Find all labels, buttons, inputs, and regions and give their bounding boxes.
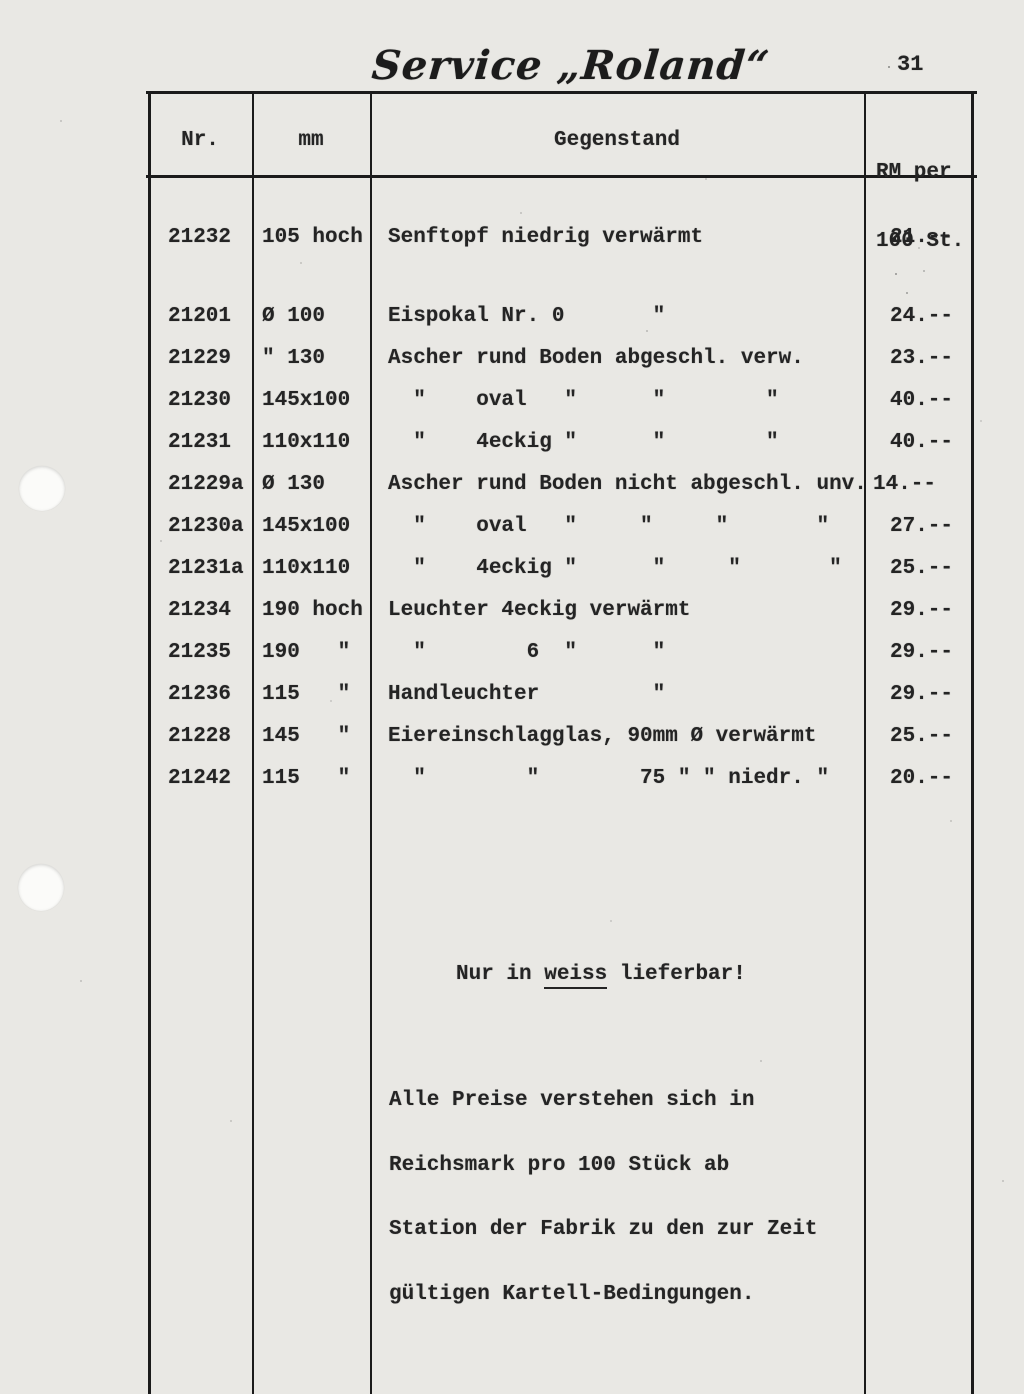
punch-hole [18, 864, 64, 911]
cell-mm: Ø 100 [252, 305, 370, 328]
cell-price: 25.-- [864, 725, 974, 748]
pricing-note-line: Reichsmark pro 100 Stück ab [389, 1155, 817, 1177]
cell-nr: 21228 [148, 725, 252, 748]
table-row: 21235 190 " " 6 " " 29.-- [148, 631, 974, 673]
pricing-note: Alle Preise verstehen sich in Reichsmark… [389, 1047, 817, 1348]
cell-nr: 21231 [148, 431, 252, 454]
cell-mm: 145 " [252, 725, 370, 748]
pricing-note-line: Alle Preise verstehen sich in [389, 1090, 817, 1112]
cell-gegenstand: " 4eckig " " " [370, 431, 864, 454]
cell-price: 25.-- [864, 557, 974, 580]
cell-price: 24.-- [864, 305, 974, 328]
cell-gegenstand: " 6 " " [370, 641, 864, 664]
cell-gegenstand: Eiereinschlagglas, 90mm Ø verwärmt [370, 725, 864, 748]
cell-mm: 190 hoch [252, 599, 370, 622]
delivery-note-emphasis: weiss [544, 963, 607, 989]
header-separator [146, 175, 977, 178]
cell-nr: 21234 [148, 599, 252, 622]
pricing-note-line: gültigen Kartell-Bedingungen. [389, 1284, 817, 1306]
cell-gegenstand: " oval " " " [370, 389, 864, 412]
table-row: 21230a 145x100 " oval " " " " 27.-- [148, 505, 974, 547]
cell-nr: 21230a [148, 515, 252, 538]
table-row: 21232 105 hoch Senftopf niedrig verwärmt… [148, 216, 974, 258]
cell-price: 14.-- [864, 473, 974, 496]
table-row: 21201 Ø 100 Eispokal Nr. 0 " 24.-- [148, 295, 974, 337]
delivery-note-post: lieferbar! [607, 963, 746, 986]
cell-nr: 21231a [148, 557, 252, 580]
paper-speckles [0, 0, 2, 2]
table-body: 21232 105 hoch Senftopf niedrig verwärmt… [148, 216, 974, 799]
cell-price: 29.-- [864, 599, 974, 622]
cell-gegenstand: Ascher rund Boden nicht abgeschl. unv. [370, 473, 864, 496]
cell-mm: 110x110 [252, 431, 370, 454]
cell-gegenstand: Eispokal Nr. 0 " [370, 305, 864, 328]
cell-mm: 145x100 [252, 389, 370, 412]
cell-nr: 21229a [148, 473, 252, 496]
cell-price: 20.-- [864, 767, 974, 790]
cell-price: 29.-- [864, 641, 974, 664]
cell-nr: 21242 [148, 767, 252, 790]
cell-gegenstand: " 4eckig " " " " [370, 557, 864, 580]
cell-gegenstand: " oval " " " " [370, 515, 864, 538]
cell-price: 40.-- [864, 389, 974, 412]
cell-mm: 115 " [252, 683, 370, 706]
delivery-note: Nur in weiss lieferbar! [456, 963, 746, 986]
header-gegenstand: Gegenstand [370, 129, 864, 152]
table-row: 21231 110x110 " 4eckig " " " 40.-- [148, 421, 974, 463]
table-row: 21229a Ø 130 Ascher rund Boden nicht abg… [148, 463, 974, 505]
cell-price: 23.-- [864, 347, 974, 370]
cell-price: 29.-- [864, 683, 974, 706]
cell-mm: 110x110 [252, 557, 370, 580]
cell-gegenstand: Leuchter 4eckig verwärmt [370, 599, 864, 622]
cell-mm: " 130 [252, 347, 370, 370]
table-row: 21229 " 130 Ascher rund Boden abgeschl. … [148, 337, 974, 379]
cell-price: 21.-- [864, 226, 974, 249]
table-header-row: Nr. mm Gegenstand RM per 100 St. [148, 91, 974, 175]
page-number: 31 [897, 52, 923, 77]
cell-mm: 190 " [252, 641, 370, 664]
header-price-line1: RM per [876, 161, 983, 184]
table-row: 21231a 110x110 " 4eckig " " " " 25.-- [148, 547, 974, 589]
table-row: 21236 115 " Handleuchter " 29.-- [148, 673, 974, 715]
cell-gegenstand: Handleuchter " [370, 683, 864, 706]
header-mm: mm [252, 129, 370, 152]
cell-nr: 21230 [148, 389, 252, 412]
punch-hole [19, 466, 65, 511]
cell-gegenstand: Ascher rund Boden abgeschl. verw. [370, 347, 864, 370]
pricing-note-line: Station der Fabrik zu den zur Zeit [389, 1219, 817, 1241]
cell-gegenstand: Senftopf niedrig verwärmt [370, 226, 864, 249]
row-gap [148, 258, 974, 295]
cell-nr: 21235 [148, 641, 252, 664]
cell-price: 27.-- [864, 515, 974, 538]
scanned-price-list-page: Service „Roland“ 31 Nr. mm Gegenstand RM… [0, 0, 1024, 1394]
cell-gegenstand: " " 75 " " niedr. " [370, 767, 864, 790]
table-row: 21228 145 " Eiereinschlagglas, 90mm Ø ve… [148, 715, 974, 757]
table-row: 21234 190 hoch Leuchter 4eckig verwärmt … [148, 589, 974, 631]
table-row: 21242 115 " " " 75 " " niedr. " 20.-- [148, 757, 974, 799]
cell-nr: 21229 [148, 347, 252, 370]
header-nr: Nr. [148, 129, 252, 152]
cell-price: 40.-- [864, 431, 974, 454]
cell-mm: 105 hoch [252, 226, 370, 249]
page-title: Service „Roland“ [370, 42, 772, 89]
cell-nr: 21236 [148, 683, 252, 706]
table-row: 21230 145x100 " oval " " " 40.-- [148, 379, 974, 421]
cell-nr: 21201 [148, 305, 252, 328]
delivery-note-pre: Nur in [456, 963, 544, 986]
cell-mm: 115 " [252, 767, 370, 790]
cell-nr: 21232 [148, 226, 252, 249]
cell-mm: Ø 130 [252, 473, 370, 496]
cell-mm: 145x100 [252, 515, 370, 538]
